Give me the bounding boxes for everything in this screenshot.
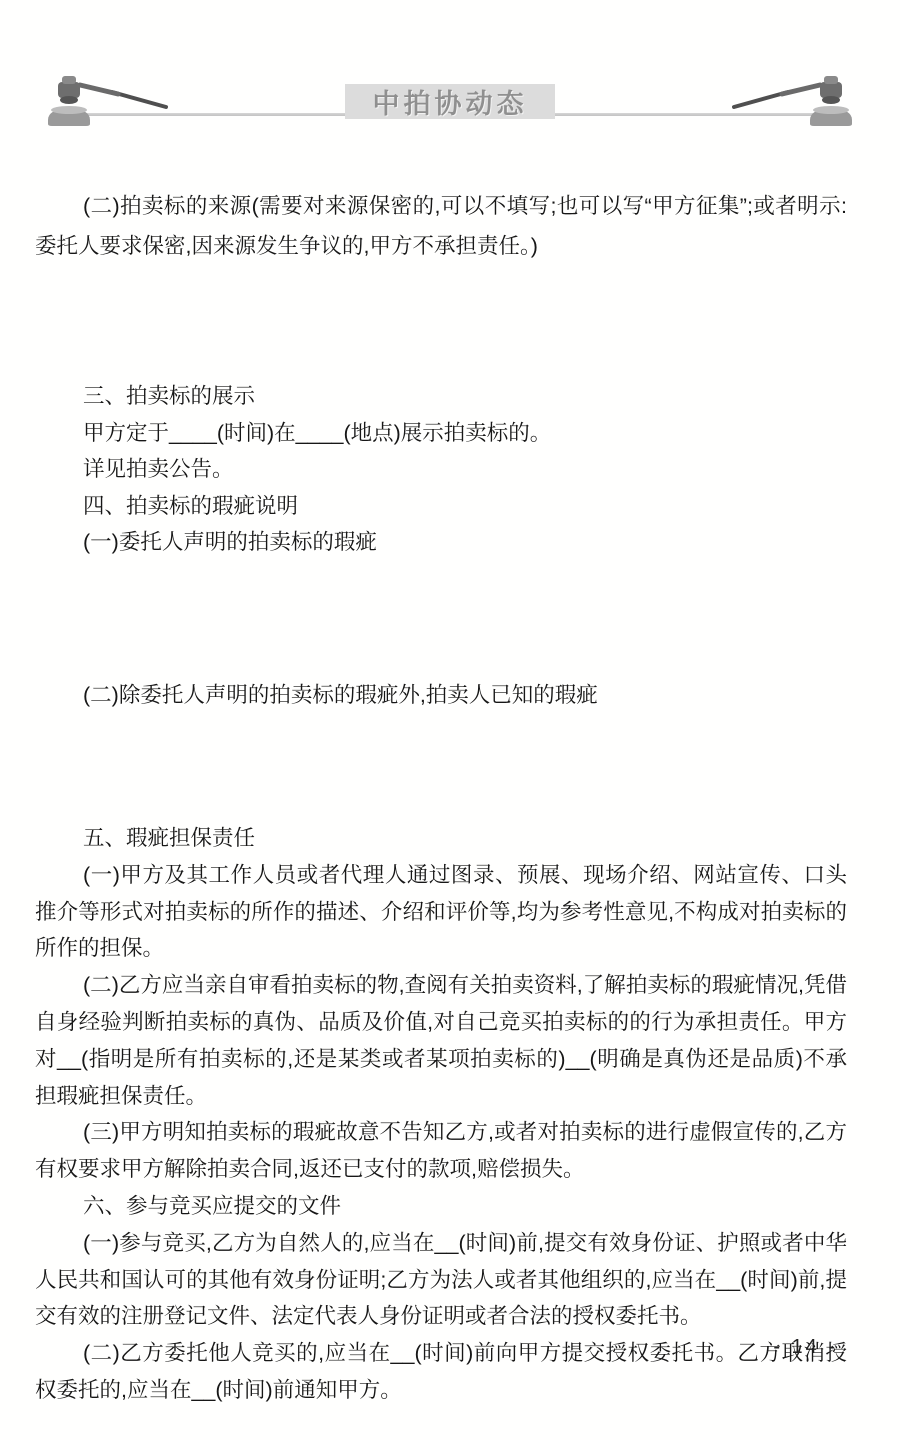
section-heading: 五、瑕疵担保责任: [35, 820, 847, 857]
paragraph: 详见拍卖公告。: [35, 451, 847, 488]
paragraph: (一)委托人声明的拍卖标的瑕疵: [35, 524, 847, 561]
document-page: 中拍协动态 (二)拍卖标的来源(需要对来源保密的,可以不填写;也可以写“甲方征集…: [0, 0, 900, 1440]
paragraph-source-of-lot: (二)拍卖标的来源(需要对来源保密的,可以不填写;也可以写“甲方征集”;或者明示…: [35, 186, 847, 266]
paragraph: (三)甲方明知拍卖标的瑕疵故意不告知乙方,或者对拍卖标的进行虚假宣传的,乙方有权…: [35, 1114, 847, 1188]
header-title-box: 中拍协动态: [345, 84, 555, 119]
paragraph: (一)参与竞买,乙方为自然人的,应当在__(时间)前,提交有效身份证、护照或者中…: [35, 1225, 847, 1335]
page-number: - 14 -: [773, 1336, 838, 1359]
header-title: 中拍协动态: [373, 82, 528, 121]
paragraph: 甲方定于____(时间)在____(地点)展示拍卖标的。: [35, 415, 847, 452]
paragraph-known-defects: (二)除委托人声明的拍卖标的瑕疵外,拍卖人已知的瑕疵: [35, 677, 847, 714]
paragraph: (二)乙方委托他人竞买的,应当在__(时间)前向甲方提交授权委托书。乙方取消授权…: [35, 1335, 847, 1409]
section-heading: 三、拍卖标的展示: [35, 378, 847, 415]
section-display-block: 三、拍卖标的展示 甲方定于____(时间)在____(地点)展示拍卖标的。 详见…: [35, 378, 847, 561]
section-heading: 六、参与竞买应提交的文件: [35, 1188, 847, 1225]
section-warranty-block: 五、瑕疵担保责任 (一)甲方及其工作人员或者代理人通过图录、预展、现场介绍、网站…: [35, 820, 847, 1409]
paragraph: (一)甲方及其工作人员或者代理人通过图录、预展、现场介绍、网站宣传、口头推介等形…: [35, 857, 847, 967]
section-heading: 四、拍卖标的瑕疵说明: [35, 488, 847, 525]
gavel-icon: [42, 76, 170, 133]
gavel-icon: [730, 76, 858, 133]
paragraph: (二)乙方应当亲自审看拍卖标的物,查阅有关拍卖资料,了解拍卖标的瑕疵情况,凭借自…: [35, 967, 847, 1114]
